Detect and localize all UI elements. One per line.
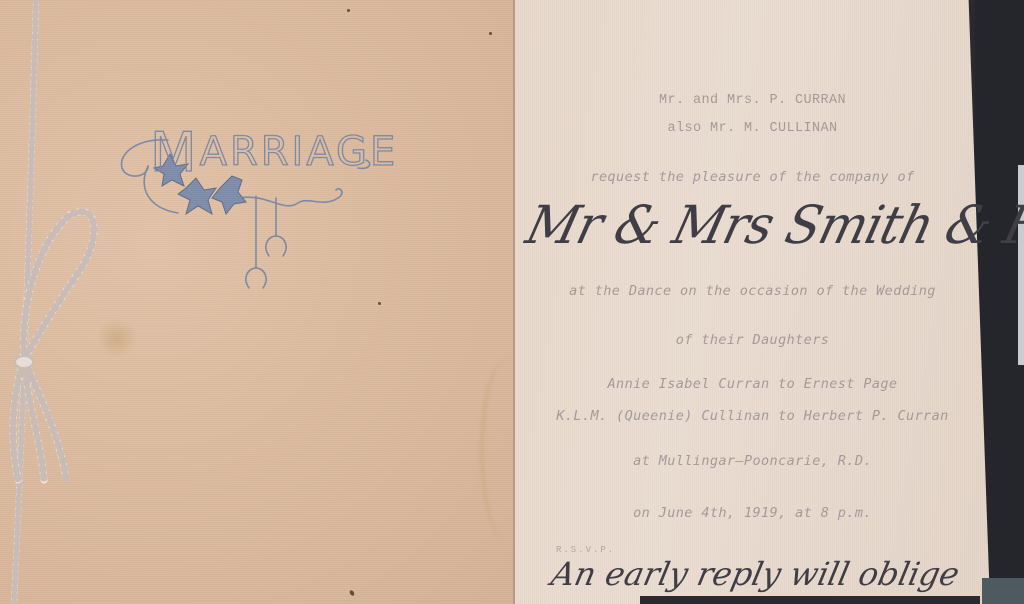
title-rest: ARRIAGE [200, 129, 399, 175]
hosts-line-1: Mr. and Mrs. P. CURRAN [515, 93, 990, 108]
event-line: at the Dance on the occasion of the Wedd… [515, 283, 990, 299]
couple-1: Annie Isabel Curran to Ernest Page [515, 376, 990, 392]
tied-cord-icon [0, 0, 120, 604]
guest-name-handwritten: Mr & Mrs Smith & Family [520, 195, 1024, 256]
hosts-line-2: also Mr. M. CULLINAN [515, 121, 990, 136]
request-line: request the pleasure of the company of [515, 169, 990, 185]
location-line: at Mullingar—Pooncarie, R.D. [515, 453, 990, 469]
cover-title: MARRIAGE [150, 126, 398, 180]
page-shadow [640, 596, 980, 604]
paper-speck [349, 589, 355, 596]
background-object [982, 578, 1024, 604]
rsvp-label: R.S.V.P. [556, 545, 615, 555]
paper-speck [489, 32, 492, 35]
daughters-line: of their Daughters [515, 332, 990, 348]
couple-2: K.L.M. (Queenie) Cullinan to Herbert P. … [515, 408, 990, 424]
paper-speck [347, 9, 350, 12]
photo-scene: MARRIAGE Mr. and Mrs. P. CURRAN also Mr.… [0, 0, 1024, 604]
reply-note-handwritten: An early reply will oblige [548, 555, 963, 593]
datetime-line: on June 4th, 1919, at 8 p.m. [515, 505, 990, 521]
title-initial: M [150, 121, 200, 184]
